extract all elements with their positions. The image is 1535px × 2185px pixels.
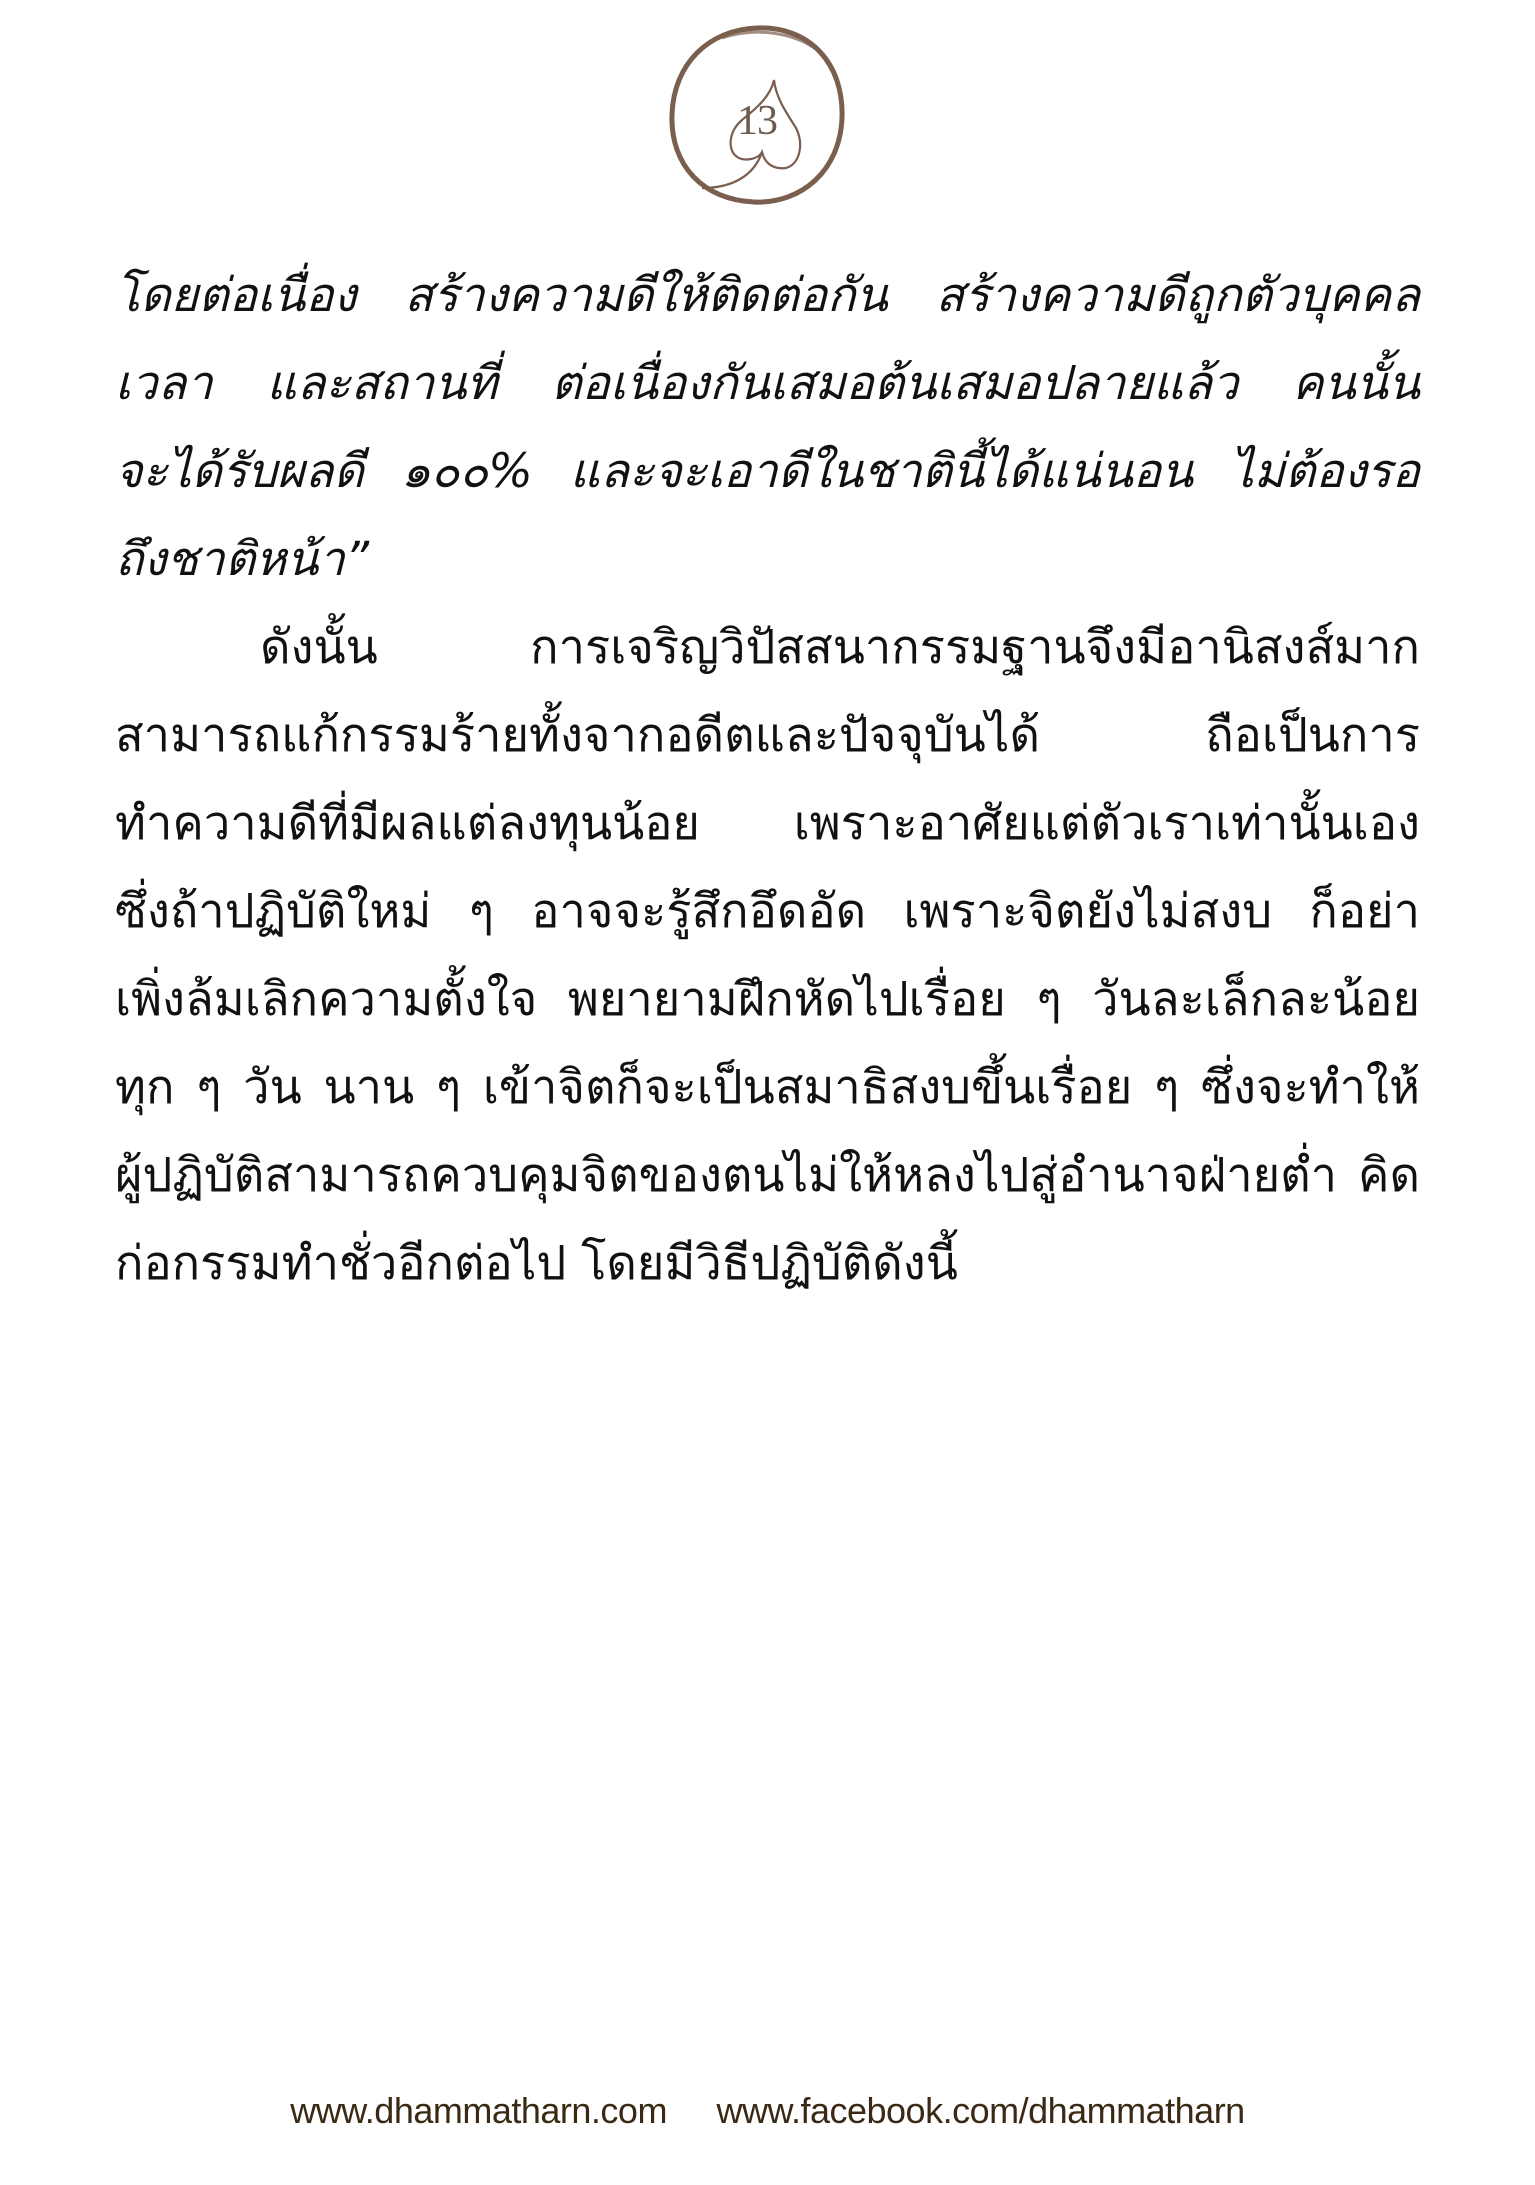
website-link[interactable]: www.dhammatharn.com [290,2090,667,2132]
paragraph-line: เพิ่งล้มเลิกความตั้งใจ พยายามฝึกหัดไปเรื… [115,956,1420,1044]
paragraph-line: ผู้ปฏิบัติสามารถควบคุมจิตของตนไม่ให้หลงไ… [115,1132,1420,1220]
paragraph-line: ซึ่งถ้าปฏิบัติใหม่ ๆ อาจจะรู้สึกอึดอัด เ… [115,868,1420,956]
page-number: 13 [662,20,852,210]
paragraph-line: ทุก ๆ วัน นาน ๆ เข้าจิตก็จะเป็นสมาธิสงบข… [115,1044,1420,1132]
quote-line: เวลา และสถานที่ ต่อเนื่องกันเสมอต้นเสมอป… [115,340,1420,428]
quote-line: ถึงชาติหน้า” [115,516,1420,604]
paragraph-line: ดังนั้น การเจริญวิปัสสนากรรมฐานจึงมีอานิ… [115,604,1420,692]
quote-line: จะได้รับผลดี ๑๐๐% และจะเอาดีในชาตินี้ได้… [115,428,1420,516]
page-body: โดยต่อเนื่อง สร้างความดีให้ติดต่อกัน สร้… [115,252,1420,1308]
paragraph-line: สามารถแก้กรรมร้ายทั้งจากอดีตและปัจจุบันไ… [115,692,1420,780]
facebook-link[interactable]: www.facebook.com/dhammatharn [716,2090,1244,2132]
paragraph-line: ทำความดีที่มีผลแต่ลงทุนน้อย เพราะอาศัยแต… [115,780,1420,868]
paragraph-line: ก่อกรรมทำชั่วอีกต่อไป โดยมีวิธีปฏิบัติดั… [115,1220,1420,1308]
page-number-emblem: 13 [662,20,852,210]
page-footer: www.dhammatharn.com www.facebook.com/dha… [0,2090,1535,2132]
quote-line: โดยต่อเนื่อง สร้างความดีให้ติดต่อกัน สร้… [115,252,1420,340]
